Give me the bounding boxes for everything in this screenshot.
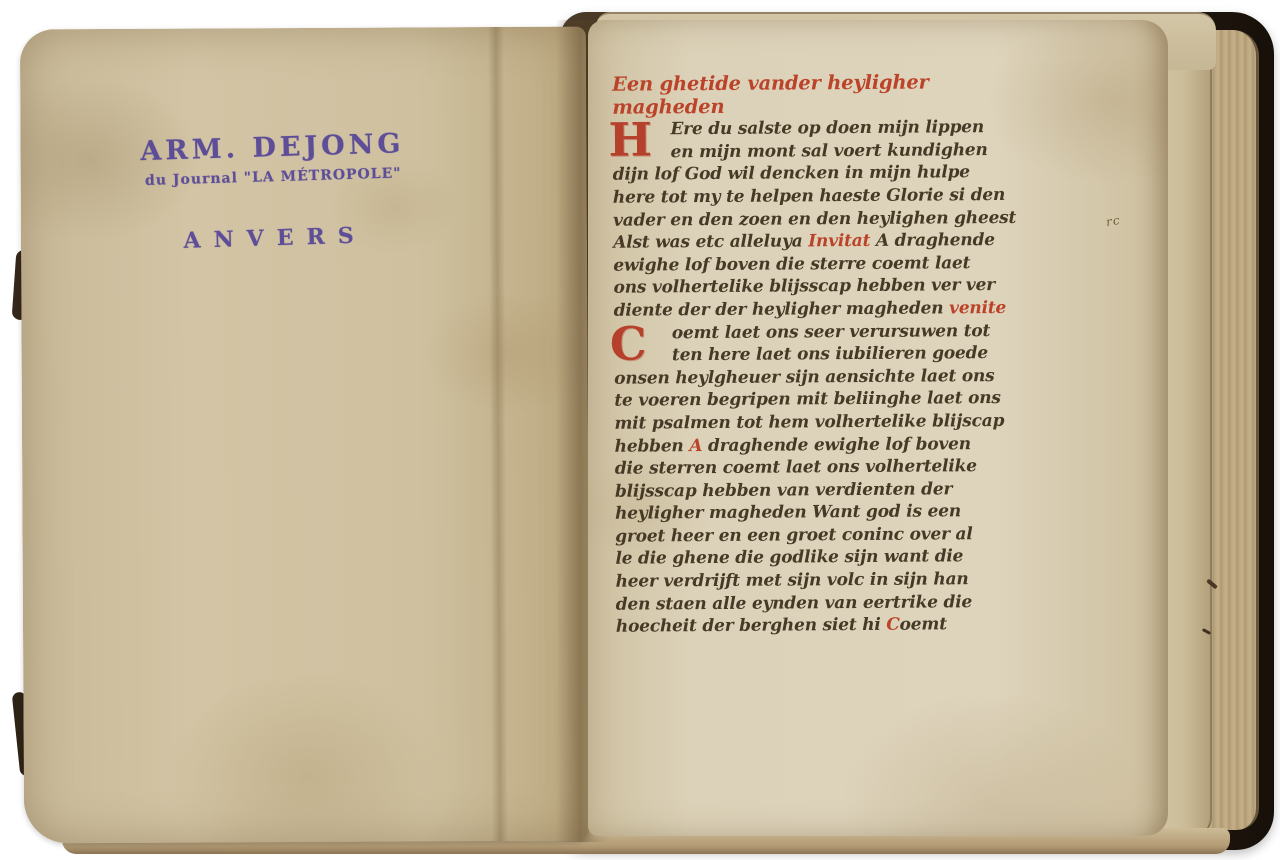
manuscript-line: die sterren coemt laet ons volhertelike	[615, 454, 1101, 480]
manuscript-line: ten here laet ons iubilieren goede	[614, 341, 1100, 367]
manuscript-line: Een ghetide vander heyligher	[612, 70, 1098, 96]
body-text: diente der der heyligher magheden	[614, 298, 950, 320]
manuscript-line: blijsscap hebben van verdienten der	[615, 477, 1101, 503]
stamp-city: ANVERS	[110, 220, 441, 256]
ownership-stamp: ARM. DEJONG du Journal "LA MÉTROPOLE" AN…	[107, 127, 440, 256]
body-text: le die ghene die godlike sijn want die	[615, 547, 963, 569]
manuscript-line: den staen alle eynden van eertrike die	[616, 590, 1102, 616]
body-text: oemt	[900, 615, 947, 635]
manuscript-line: Alst was etc alleluya Invitat A draghend…	[613, 228, 1099, 254]
body-text: dijn lof God wil dencken in mijn hulpe	[613, 163, 970, 185]
body-text: die sterren coemt laet ons volhertelike	[615, 456, 977, 479]
body-text: oemt laet ons seer verursuwen tot	[672, 321, 990, 343]
manuscript-line: te voeren begripen mit beliinghe laet on…	[614, 387, 1100, 413]
left-page: ARM. DEJONG du Journal "LA MÉTROPOLE" AN…	[20, 27, 590, 844]
manuscript-line: diente der der heyligher magheden venite	[614, 296, 1100, 322]
manuscript-line: ewighe lof boven die sterre coemt laet	[613, 251, 1099, 277]
body-text: hebben	[615, 436, 690, 457]
manuscript-line: en mijn mont sal voert kundighen	[613, 138, 1099, 164]
body-text: ons volhertelike blijsscap hebben ver ve…	[613, 275, 995, 298]
body-text: den staen alle eynden van eertrike die	[616, 592, 972, 614]
rubric-text: Een ghetide vander heyligher	[612, 70, 929, 95]
rubric-text: C	[886, 615, 899, 635]
rubric-text: Invitat	[808, 231, 870, 251]
manuscript-line: le die ghene die godlike sijn want die	[615, 545, 1101, 571]
body-text: onsen heylgheuer sijn aensichte laet ons	[614, 366, 994, 389]
body-text: here tot my te helpen haeste Glorie si d…	[613, 185, 1005, 208]
manuscript-line: Coemt laet ons seer verursuwen tot	[614, 319, 1100, 345]
manuscript-line: hebben A draghende ewighe lof boven	[615, 432, 1101, 458]
body-text: hoecheit der berghen siet hi	[616, 615, 887, 637]
manuscript-line: hoecheit der berghen siet hi Coemt	[616, 613, 1102, 639]
manuscript-line: onsen heylgheuer sijn aensichte laet ons	[614, 364, 1100, 390]
manuscript-line: dijn lof God wil dencken in mijn hulpe	[613, 161, 1099, 187]
manuscript-line: heyligher magheden Want god is een	[615, 500, 1101, 526]
manuscript-line: HEre du salste op doen mijn lippen	[612, 115, 1098, 141]
margin-note: rc	[1105, 213, 1122, 229]
body-text: A draghende	[870, 230, 995, 251]
manuscript-lines: Een ghetide vander heylighermaghedenHEre…	[612, 70, 1102, 638]
body-text: Ere du salste op doen mijn lippen	[670, 117, 984, 139]
body-text: heyligher magheden Want god is een	[615, 502, 961, 524]
body-text: blijsscap hebben van verdienten der	[615, 479, 952, 501]
body-text: groet heer en een groet coninc over al	[615, 524, 972, 546]
manuscript-line: magheden	[612, 93, 1098, 119]
stamp-journal: du Journal "LA MÉTROPOLE"	[108, 164, 438, 190]
body-text: te voeren begripen mit beliinghe laet on…	[614, 388, 1001, 411]
stamp-name: ARM. DEJONG	[107, 127, 438, 168]
manuscript-line: groet heer en een groet coninc over al	[615, 522, 1101, 548]
body-text: mit psalmen tot hem volhertelike blijsca…	[614, 411, 1004, 434]
manuscript-line: mit psalmen tot hem volhertelike blijsca…	[614, 409, 1100, 435]
body-text: vader en den zoen en den heylighen ghees…	[613, 207, 1016, 230]
manuscript-line: heer verdrijft met sijn volc in sijn han	[616, 567, 1102, 593]
body-text: Alst was etc alleluya	[613, 231, 808, 252]
body-text: draghende ewighe lof boven	[702, 434, 971, 456]
body-text: ewighe lof boven die sterre coemt laet	[613, 253, 970, 275]
rubric-text: venite	[949, 298, 1006, 318]
manuscript-line: here tot my te helpen haeste Glorie si d…	[613, 183, 1099, 209]
body-text: heer verdrijft met sijn volc in sijn han	[616, 569, 969, 591]
manuscript-line: ons volhertelike blijsscap hebben ver ve…	[613, 274, 1099, 300]
manuscript-line: vader en den zoen en den heylighen ghees…	[613, 206, 1099, 232]
body-text: en mijn mont sal voert kundighen	[671, 140, 988, 162]
parchment-crease	[488, 27, 508, 841]
rubric-text: A	[689, 436, 702, 456]
right-page: Een ghetide vander heylighermaghedenHEre…	[588, 20, 1168, 836]
photo-of-open-manuscript: ARM. DEJONG du Journal "LA MÉTROPOLE" AN…	[0, 0, 1280, 860]
body-text: ten here laet ons iubilieren goede	[672, 343, 988, 365]
